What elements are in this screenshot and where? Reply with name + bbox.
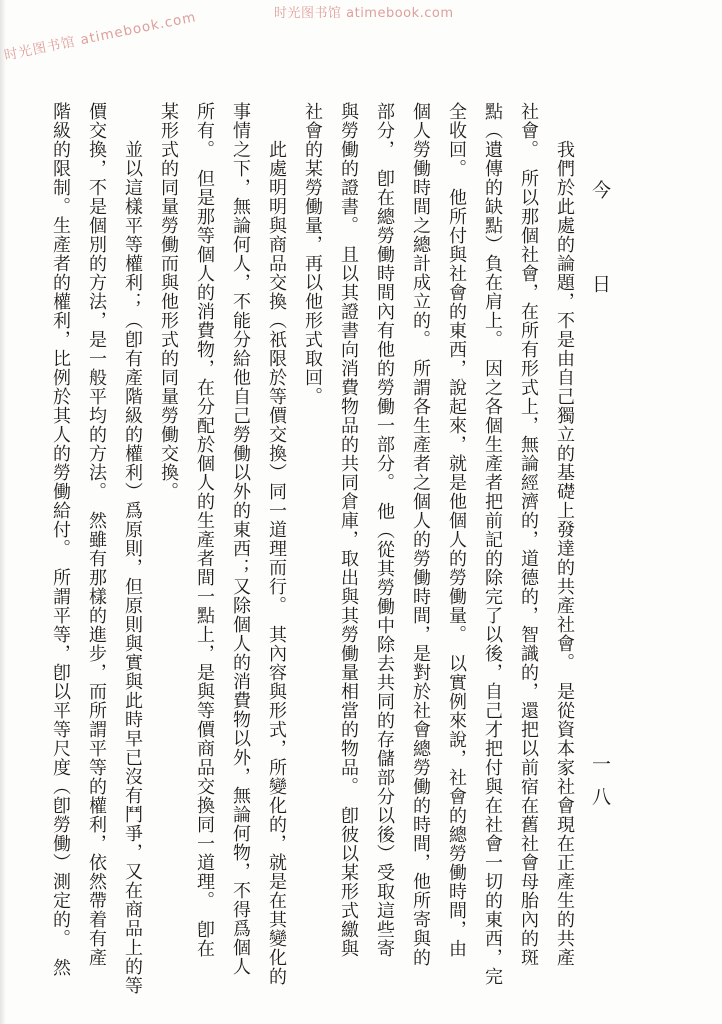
- text-column-1: 我們於此處的論題，不是由自己獨立的基礎上發達的共產社會。 是從資本家社會現在正產…: [546, 102, 582, 1024]
- text-column-5: 個人勞働時間之總計成立的。 所謂各生產者之個人的勞働時間，是對於社會總勞働的時間…: [402, 102, 438, 1024]
- header-column: 今 日 一八: [582, 102, 618, 1024]
- text-column-3: 點（遺傳的缺點）負在肩上。 因之各個生產者把前記的除完了以後，自己才把付與在社會…: [474, 102, 510, 1024]
- text-column-11: 所有。 但是那等個人的消費物，在分配於個人的生產者間一點上，是與等價商品交換同一…: [186, 102, 222, 1024]
- text-column-9: 此處明明與商品交換（祇限於等價交換）同一道理而行。 其內容與形式，所變化的，就是…: [258, 102, 294, 1024]
- text-column-10: 事情之下，無論何人，不能分給他自己勞働以外的東西；又除個人的消費物以外，無論何物…: [222, 102, 258, 1024]
- text-column-7: 與勞働的證書。 且以其證書向消費物品的共同倉庫，取出與其勞働量相當的物品。 卽彼…: [330, 102, 366, 1024]
- text-column-4: 全收回。 他所付與社會的東西，說起來，就是他個人的勞働量。 以實例來說，社會的總…: [438, 102, 474, 1024]
- text-column-14: 價交換，不是個別的方法，是一般平均的方法。 然雖有那樣的進步，而所謂平等的權利，…: [78, 102, 114, 1024]
- book-page-scan: 时光图书馆 atimebook.com 时光图书馆 atimebook.com …: [0, 0, 722, 1024]
- book-title-char-2: 日: [582, 274, 618, 294]
- watermark-horizontal: 时光图书馆 atimebook.com: [274, 2, 454, 21]
- text-column-6: 部分， 卽在總勞働時間內有他的勞働一部分。 他（從其勞働中除去共同的存儲部分以後…: [366, 102, 402, 1024]
- vertical-text-block: 今 日 一八 我們於此處的論題，不是由自己獨立的基礎上發達的共產社會。 是從資本…: [42, 102, 618, 1024]
- text-column-13: 並以這樣平等權利；（卽有產階級的權利）爲原則，但原則與實與此時早已沒有鬥爭，又在…: [114, 102, 150, 1024]
- text-column-8: 社會的某勞働量，再以他形式取回。: [294, 102, 330, 1024]
- text-column-15: 階級的限制。生產者的權利，比例於其人的勞働給付。 所謂平等，卽以平等尺度（卽勞働…: [42, 102, 78, 1024]
- text-column-2: 社會。 所以那個社會，在所有形式上，無論經濟的，道德的，智識的，還把以前宿在舊社…: [510, 102, 546, 1024]
- watermark-diagonal: 时光图书馆 atimebook.com: [2, 5, 198, 64]
- text-column-12: 某形式的同量勞働而與他形式的同量勞働交換。: [150, 102, 186, 1024]
- page-number: 一八: [582, 754, 618, 820]
- book-title-char-1: 今: [582, 180, 618, 200]
